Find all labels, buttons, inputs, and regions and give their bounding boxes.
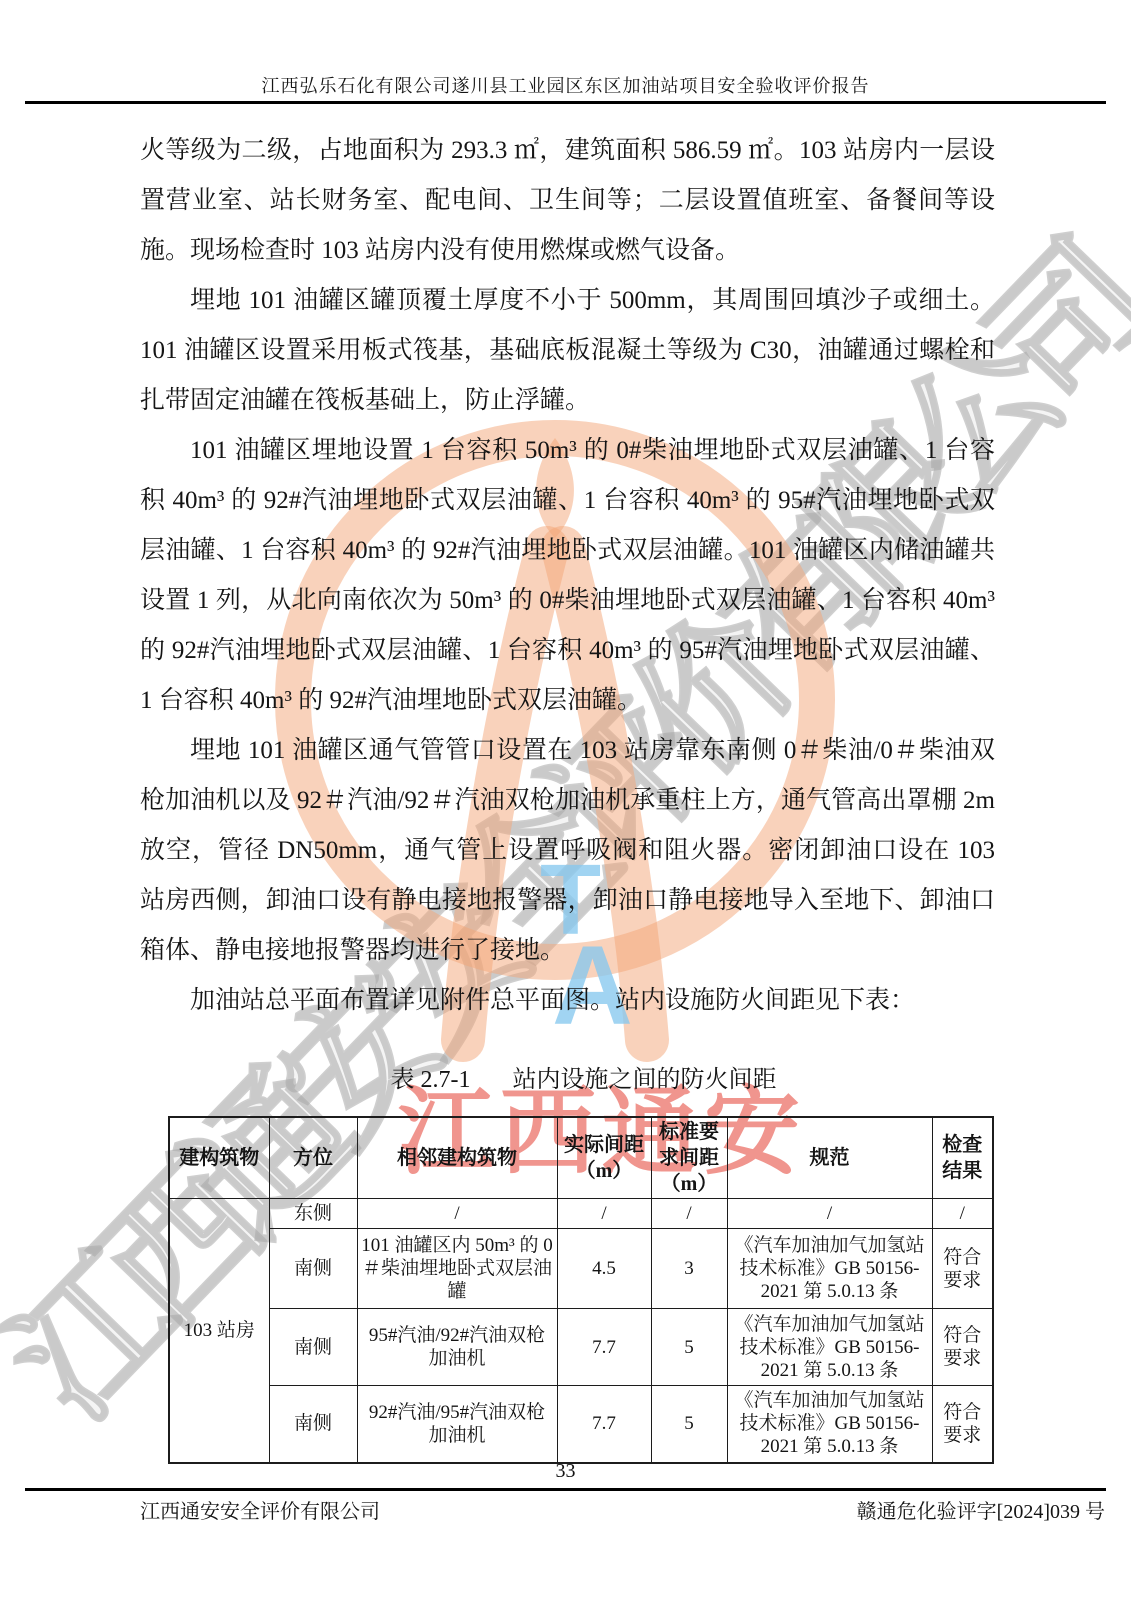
paragraph-fire-rating: 火等级为二级，占地面积为 293.3 ㎡，建筑面积 586.59 ㎡。103 站… (140, 126, 995, 276)
cell-required: 5 (651, 1386, 727, 1463)
cell-direction: 东侧 (269, 1199, 357, 1229)
report-header-title: 江西弘乐石化有限公司遂川县工业园区东区加油站项目安全验收评价报告 (0, 72, 1131, 98)
cell-adjacent: / (357, 1199, 557, 1229)
cell-result: 符合要求 (932, 1386, 993, 1463)
fire-separation-table: 建构筑物 方位 相邻建构筑物 实际间距（m） 标准要求间距（m） 规范 检查结果… (168, 1116, 994, 1464)
table-row: 103 站房 东侧 / / / / / (169, 1199, 993, 1229)
cell-direction: 南侧 (269, 1309, 357, 1386)
page-content: 江西弘乐石化有限公司遂川县工业园区东区加油站项目安全验收评价报告 火等级为二级，… (0, 0, 1131, 1600)
header-rule (25, 101, 1106, 104)
report-page: 江西通安安全评价有限公司 T A 江西通安 江西弘乐石化有限公司遂川县工业园区东… (0, 0, 1131, 1600)
cell-standard: 《汽车加油加气加氢站技术标准》GB 50156-2021 第 5.0.13 条 (727, 1229, 932, 1309)
paragraph-table-intro: 加油站总平面布置详见附件总平面图。站内设施防火间距见下表： (140, 976, 995, 1026)
cell-result: 符合要求 (932, 1229, 993, 1309)
footer-rule (25, 1488, 1106, 1491)
col-header-adjacent: 相邻建构筑物 (357, 1117, 557, 1199)
cell-adjacent: 95#汽油/92#汽油双枪加油机 (357, 1309, 557, 1386)
table-row: 南侧 95#汽油/92#汽油双枪加油机 7.7 5 《汽车加油加气加氢站技术标准… (169, 1309, 993, 1386)
cell-direction: 南侧 (269, 1386, 357, 1463)
paragraph-vent-pipes: 埋地 101 油罐区通气管管口设置在 103 站房靠东南侧 0＃柴油/0＃柴油双… (140, 726, 995, 976)
cell-standard: / (727, 1199, 932, 1229)
paragraph-tank-layout: 101 油罐区埋地设置 1 台容积 50m³ 的 0#柴油埋地卧式双层油罐、1 … (140, 426, 995, 726)
cell-actual: 7.7 (557, 1386, 651, 1463)
page-number: 33 (0, 1460, 1131, 1483)
cell-structure-group: 103 站房 (169, 1199, 269, 1463)
cell-adjacent: 101 油罐区内 50m³ 的 0＃柴油埋地卧式双层油罐 (357, 1229, 557, 1309)
cell-actual: 4.5 (557, 1229, 651, 1309)
paragraph-tank-cover: 埋地 101 油罐区罐顶覆土厚度不小于 500mm，其周围回填沙子或细土。101… (140, 276, 995, 426)
footer: 江西通安安全评价有限公司 赣通危化验评字[2024]039 号 (0, 1495, 1131, 1524)
col-header-standard: 规范 (727, 1117, 932, 1199)
cell-standard: 《汽车加油加气加氢站技术标准》GB 50156-2021 第 5.0.13 条 (727, 1386, 932, 1463)
col-header-actual: 实际间距（m） (557, 1117, 651, 1199)
table-row: 南侧 92#汽油/95#汽油双枪加油机 7.7 5 《汽车加油加气加氢站技术标准… (169, 1386, 993, 1463)
col-header-direction: 方位 (269, 1117, 357, 1199)
table-caption-title: 站内设施之间的防火间距 (513, 1067, 777, 1093)
col-header-required: 标准要求间距（m） (651, 1117, 727, 1199)
footer-company-name: 江西通安安全评价有限公司 (140, 1495, 380, 1524)
cell-required: / (651, 1199, 727, 1229)
footer-document-number: 赣通危化验评字[2024]039 号 (857, 1495, 1105, 1524)
cell-adjacent: 92#汽油/95#汽油双枪加油机 (357, 1386, 557, 1463)
body-text: 火等级为二级，占地面积为 293.3 ㎡，建筑面积 586.59 ㎡。103 站… (140, 126, 995, 1026)
col-header-result: 检查结果 (932, 1117, 993, 1199)
table-caption: 表 2.7-1站内设施之间的防火间距 (0, 1032, 1131, 1121)
table-header-row: 建构筑物 方位 相邻建构筑物 实际间距（m） 标准要求间距（m） 规范 检查结果 (169, 1117, 993, 1199)
cell-direction: 南侧 (269, 1229, 357, 1309)
cell-required: 3 (651, 1229, 727, 1309)
cell-required: 5 (651, 1309, 727, 1386)
cell-result: 符合要求 (932, 1309, 993, 1386)
table-caption-number: 表 2.7-1 (391, 1067, 471, 1093)
cell-actual: 7.7 (557, 1309, 651, 1386)
col-header-structure: 建构筑物 (169, 1117, 269, 1199)
cell-standard: 《汽车加油加气加氢站技术标准》GB 50156-2021 第 5.0.13 条 (727, 1309, 932, 1386)
table-row: 南侧 101 油罐区内 50m³ 的 0＃柴油埋地卧式双层油罐 4.5 3 《汽… (169, 1229, 993, 1309)
cell-result: / (932, 1199, 993, 1229)
cell-actual: / (557, 1199, 651, 1229)
